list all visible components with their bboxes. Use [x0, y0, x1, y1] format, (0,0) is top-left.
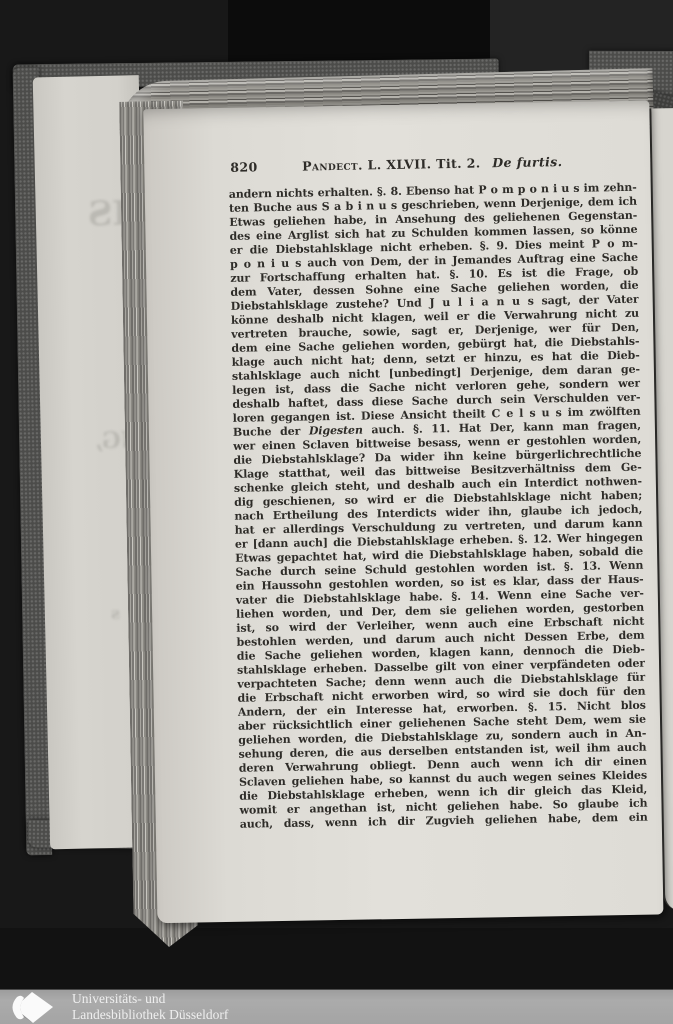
scanner-background-bottom: [0, 928, 673, 990]
library-name-line2: Landesbibliothek Düsseldorf: [72, 1007, 228, 1023]
library-name-line1: Universitäts- und: [72, 991, 228, 1007]
running-title-work: Pandect.: [302, 158, 363, 174]
library-name: Universitäts- und Landesbibliothek Düsse…: [72, 991, 228, 1023]
page-text: andern nichts erhalten. §. 8. Ebenso hat…: [229, 181, 648, 832]
library-open-book-icon: [7, 991, 55, 1024]
running-title: Pandect. L. XLVII. Tit. 2. De furtis.: [228, 153, 636, 175]
book-page: 820 Pandect. L. XLVII. Tit. 2. De furtis…: [143, 101, 663, 924]
scanned-book-photo: IS NG, s 820 Pandect. L. XLVII. Tit. 2. …: [0, 0, 673, 1024]
running-title-subject: De furtis.: [492, 154, 562, 170]
ink-showthrough: s: [111, 604, 120, 623]
page-header: 820 Pandect. L. XLVII. Tit. 2. De furtis…: [228, 153, 636, 178]
book: IS NG, s 820 Pandect. L. XLVII. Tit. 2. …: [0, 46, 673, 937]
page-content: 820 Pandect. L. XLVII. Tit. 2. De furtis…: [228, 153, 648, 832]
running-title-reference: L. XLVII. Tit. 2.: [367, 155, 480, 172]
watermark-bar: Universitäts- und Landesbibliothek Düsse…: [0, 989, 673, 1024]
